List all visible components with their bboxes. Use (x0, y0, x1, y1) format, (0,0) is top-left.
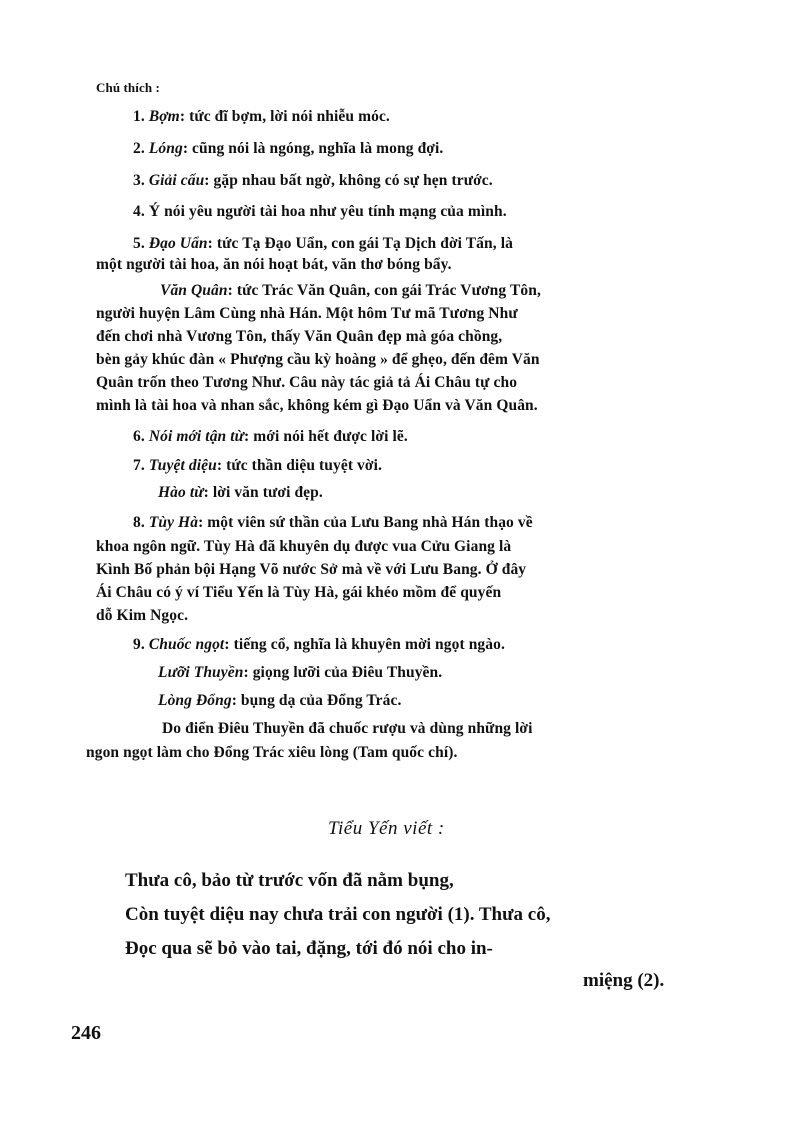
note-1: 1. Bợm: tức đĩ bợm, lời nói nhiễu móc. (133, 108, 390, 126)
note-2: 2. Lóng: cũng nói là ngóng, nghĩa là mon… (133, 140, 443, 158)
note-9d: Do điển Điêu Thuyền đã chuốc rượu và dùn… (162, 720, 533, 738)
note-7: 7. Tuyệt diệu: tức thần diệu tuyệt vời. (133, 457, 382, 475)
note-term: Văn Quân (160, 282, 228, 299)
note-8-cont: Kình Bố phản bội Hạng Võ nước Sở mà về v… (96, 561, 526, 579)
note-5b-cont: mình là tài hoa và nhan sắc, không kém g… (96, 397, 538, 415)
note-3: 3. Giải cấu: gặp nhau bất ngờ, không có … (133, 172, 493, 190)
poem-line: Thưa cô, bảo từ trước vốn đã nằm bụng, (125, 870, 454, 892)
poem-title: Tiểu Yến viết : (328, 818, 445, 840)
note-term: Giải cấu (149, 172, 204, 189)
note-5b-cont: bèn gảy khúc đàn « Phượng cầu kỳ hoàng »… (96, 351, 540, 369)
note-term: Lưỡi Thuyền (158, 664, 243, 681)
note-9: 9. Chuốc ngọt: tiếng cổ, nghĩa là khuyên… (133, 636, 505, 654)
note-term: Tùy Hà (149, 514, 198, 531)
note-5b: Văn Quân: tức Trác Văn Quân, con gái Trá… (160, 282, 541, 300)
poem-line: Đọc qua sẽ bỏ vào tai, đặng, tới đó nói … (125, 938, 493, 960)
note-9d-cont: ngon ngọt làm cho Đổng Trác xiêu lòng (T… (86, 744, 457, 762)
note-4: 4. Ý nói yêu người tài hoa như yêu tính … (133, 203, 507, 221)
note-8-cont: khoa ngôn ngữ. Tùy Hà đã khuyên dụ được … (96, 538, 511, 556)
note-8-cont: Ái Châu có ý ví Tiểu Yến là Tùy Hà, gái … (96, 584, 501, 602)
note-8-cont: dỗ Kim Ngọc. (96, 607, 188, 625)
note-5b-cont: đến chơi nhà Vương Tôn, thấy Văn Quân đẹ… (96, 328, 502, 346)
note-term: Hào từ (158, 484, 204, 501)
note-7b: Hào từ: lời văn tươi đẹp. (158, 484, 323, 502)
note-term: Nói mới tận từ (149, 428, 244, 445)
note-term: Tuyệt diệu (149, 457, 217, 474)
note-9c: Lòng Đổng: bụng dạ của Đổng Trác. (158, 692, 401, 710)
notes-heading: Chú thích : (96, 80, 160, 96)
note-8: 8. Tùy Hà: một viên sứ thần của Lưu Bang… (133, 514, 533, 532)
page-number: 246 (71, 1022, 101, 1045)
note-5b-cont: Quân trốn theo Tương Như. Câu này tác gi… (96, 374, 517, 392)
poem-line: Còn tuyệt diệu nay chưa trải con người (… (125, 904, 550, 926)
book-page: Chú thích : 1. Bợm: tức đĩ bợm, lời nói … (0, 0, 793, 1123)
note-5b-cont: người huyện Lâm Cùng nhà Hán. Một hôm Tư… (96, 305, 518, 323)
note-9b: Lưỡi Thuyền: giọng lưỡi của Điêu Thuyền. (158, 664, 442, 682)
poem-line: miệng (2). (583, 970, 664, 992)
note-5: 5. Đạo Uẩn: tức Tạ Đạo Uẩn, con gái Tạ D… (133, 235, 513, 253)
note-term: Lòng Đổng (158, 692, 232, 709)
note-term: Chuốc ngọt (149, 636, 225, 653)
note-term: Đạo Uẩn (149, 235, 208, 252)
note-6: 6. Nói mới tận từ: mới nói hết được lời … (133, 428, 408, 446)
note-term: Bợm (149, 108, 180, 125)
note-term: Lóng (149, 140, 183, 157)
note-5-cont: một người tài hoa, ăn nói hoạt bát, văn … (96, 256, 452, 274)
